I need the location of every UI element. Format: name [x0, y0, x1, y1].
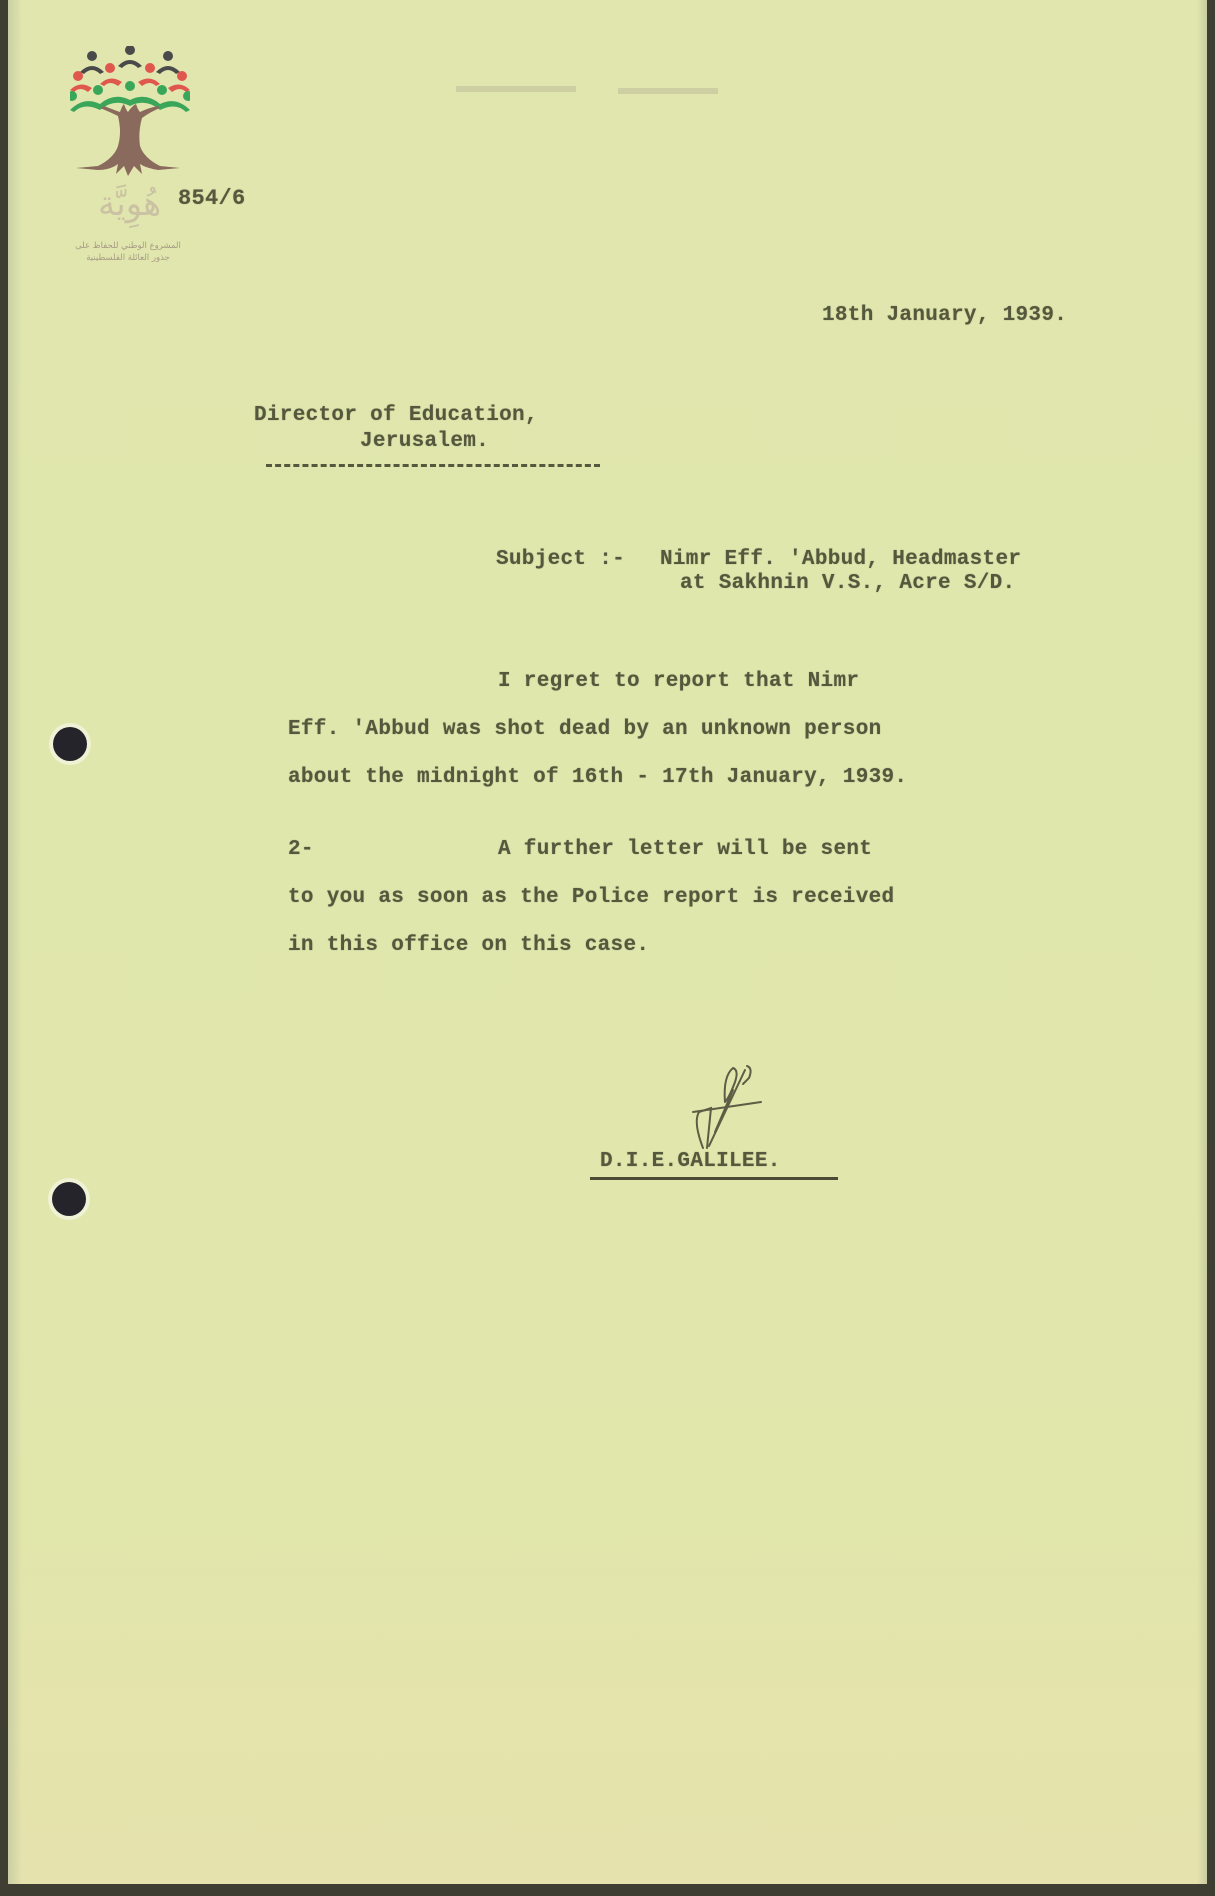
recipient-line-1: Director of Education, [254, 404, 538, 427]
watermark-caption: المشروع الوطني للحفاظ على جذور العائلة ا… [63, 240, 193, 264]
subject-line-2: at Sakhnin V.S., Acre S/D. [680, 572, 1015, 595]
paragraph-1-line-1: I regret to report that Nimr [498, 670, 859, 693]
paragraph-2-line-1: A further letter will be sent [498, 838, 872, 861]
recipient-underline [266, 464, 600, 467]
document-page: هُوِيَّة المشروع الوطني للحفاظ على جذور … [8, 0, 1207, 1884]
watermark-arabic-title: هُوِيَّة [98, 184, 161, 224]
handwritten-signature-icon [663, 1062, 773, 1152]
paragraph-1-line-2: Eff. 'Abbud was shot dead by an unknown … [288, 718, 882, 741]
paragraph-2-line-3: in this office on this case. [288, 934, 649, 957]
paragraph-2-line-2: to you as soon as the Police report is r… [288, 886, 894, 909]
punch-hole [52, 1182, 86, 1216]
watermark-caption-line1: المشروع الوطني للحفاظ على [63, 240, 193, 252]
watermark-caption-line2: جذور العائلة الفلسطينية [63, 252, 193, 264]
signatory-underline [590, 1177, 838, 1180]
recipient-line-2: Jerusalem. [360, 430, 489, 453]
faint-letterhead-trace [456, 86, 576, 92]
letter-date: 18th January, 1939. [822, 304, 1067, 327]
family-tree-icon [70, 46, 190, 186]
signatory-name: D.I.E.GALILEE. [600, 1150, 781, 1173]
punch-hole [53, 727, 87, 761]
reference-number: 854/6 [178, 186, 246, 211]
paragraph-2-number: 2- [288, 838, 314, 861]
subject-line-1: Nimr Eff. 'Abbud, Headmaster [660, 548, 1021, 571]
paragraph-1-line-3: about the midnight of 16th - 17th Januar… [288, 766, 907, 789]
faint-letterhead-trace [618, 88, 718, 94]
subject-label: Subject :- [496, 548, 625, 571]
